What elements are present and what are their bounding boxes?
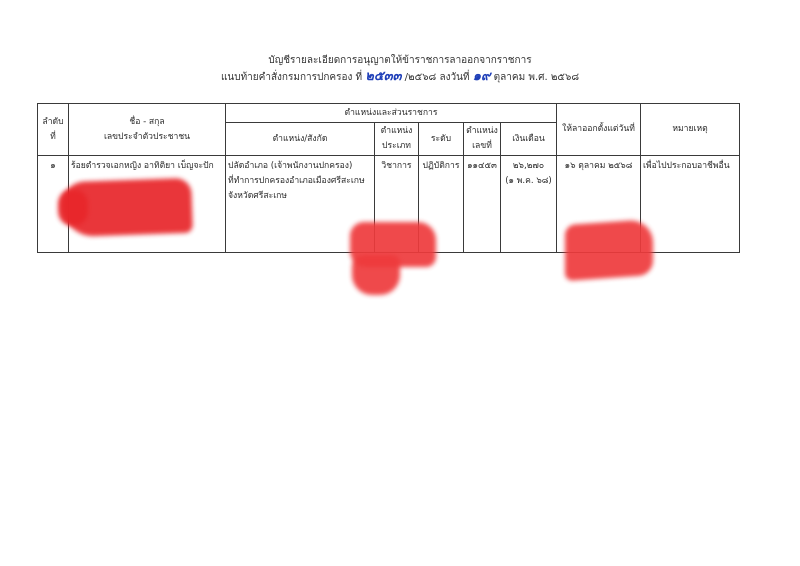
header-position-number: ตำแหน่ง เลขที่	[464, 123, 501, 156]
salary-note: (๑ พ.ค. ๖๘)	[503, 174, 554, 189]
position-line3: จังหวัดศรีสะเกษ	[228, 189, 372, 204]
header-position-affiliation: ตำแหน่ง/สังกัด	[226, 123, 375, 156]
order-number-handwritten: ๒๕๓๓	[365, 69, 401, 84]
order-year-suffix: /๒๕๖๘ ลงวันที่	[405, 72, 470, 83]
position-line1: ปลัดอำเภอ (เจ้าพนักงานปกครอง)	[228, 159, 372, 174]
redaction-mark-id-edge	[58, 190, 88, 225]
order-day-handwritten: ๑๙	[473, 69, 491, 84]
position-line2: ที่ทำการปกครองอำเภอเมืองศรีสะเกษ	[228, 174, 372, 189]
header-salary: เงินเดือน	[501, 123, 557, 156]
header-name: ชื่อ - สกุล เลขประจำตัวประชาชน	[69, 104, 226, 156]
cell-salary: ๒๖,๒๗๐ (๑ พ.ค. ๖๘)	[501, 156, 557, 253]
header-resign-from: ให้ลาออกตั้งแต่วันที่	[557, 104, 641, 156]
header-position-type-line1: ตำแหน่ง	[377, 124, 416, 139]
redaction-mark-middle-lower	[352, 255, 400, 295]
header-position-type: ตำแหน่ง ประเภท	[375, 123, 419, 156]
header-position-type-line2: ประเภท	[377, 139, 416, 154]
header-position-number-line2: เลขที่	[466, 139, 498, 154]
header-position-number-line1: ตำแหน่ง	[466, 124, 498, 139]
header-remarks: หมายเหตุ	[641, 104, 740, 156]
header-name-line1: ชื่อ - สกุล	[71, 115, 223, 130]
header-level: ระดับ	[419, 123, 464, 156]
salary-value: ๒๖,๒๗๐	[503, 159, 554, 174]
document-subtitle: แนบท้ายคำสั่งกรมการปกครอง ที่ ๒๕๓๓ /๒๕๖๘…	[0, 69, 800, 86]
header-seq: ลำดับที่	[38, 104, 69, 156]
order-month-year: ตุลาคม พ.ศ. ๒๕๖๘	[494, 72, 579, 83]
cell-remarks: เพื่อไปประกอบอาชีพอื่น	[641, 156, 740, 253]
header-name-line2: เลขประจำตัวประชาชน	[71, 130, 223, 145]
header-position-group: ตำแหน่งและส่วนราชการ	[226, 104, 557, 123]
cell-position-number: ๑๑๔๕๓	[464, 156, 501, 253]
document-title: บัญชีรายละเอียดการอนุญาตให้ข้าราชการลาออ…	[0, 54, 800, 68]
subtitle-prefix: แนบท้ายคำสั่งกรมการปกครอง ที่	[221, 72, 362, 83]
redaction-mark-right	[565, 219, 653, 281]
